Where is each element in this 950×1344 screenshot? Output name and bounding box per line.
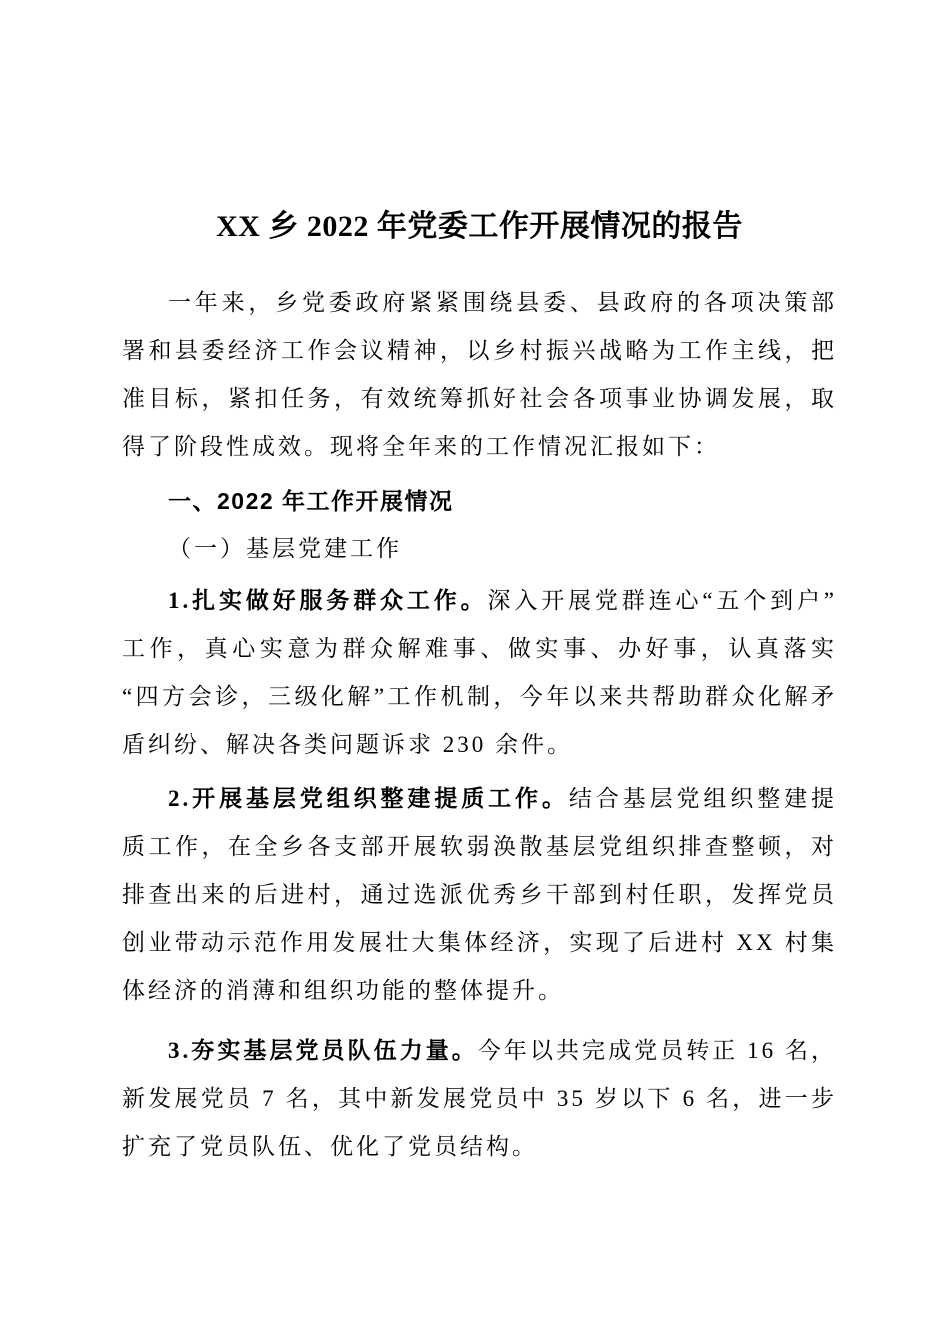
numbered-paragraph-2: 2.开展基层党组织整建提质工作。结合基层党组织整建提质工作，在全乡各支部开展软弱…	[122, 775, 837, 1015]
document-title: XX 乡 2022 年党委工作开展情况的报告	[122, 205, 837, 249]
intro-paragraph: 一年来，乡党委政府紧紧围绕县委、县政府的各项决策部署和县委经济工作会议精神，以乡…	[122, 279, 837, 471]
paragraph-1-lead: 1.扎实做好服务群众工作。	[168, 588, 488, 613]
subsection-heading-1: （一）基层党建工作	[122, 525, 837, 573]
section-heading-1: 一、2022 年工作开展情况	[122, 477, 837, 525]
paragraph-1-text: 深入开展党群连心“五个到户”工作，真心实意为群众解难事、做实事、办好事，认真落实…	[122, 588, 837, 757]
paragraph-3-lead: 3.夯实基层党员队伍力量。	[168, 1038, 478, 1063]
paragraph-2-text: 结合基层党组织整建提质工作，在全乡各支部开展软弱涣散基层党组织排查整顿，对排查出…	[122, 786, 837, 1003]
document-page: XX 乡 2022 年党委工作开展情况的报告 一年来，乡党委政府紧紧围绕县委、县…	[0, 0, 950, 1344]
numbered-paragraph-1: 1.扎实做好服务群众工作。深入开展党群连心“五个到户”工作，真心实意为群众解难事…	[122, 577, 837, 769]
paragraph-2-lead: 2.开展基层党组织整建提质工作。	[168, 786, 569, 811]
numbered-paragraph-3: 3.夯实基层党员队伍力量。今年以共完成党员转正 16 名，新发展党员 7 名，其…	[122, 1027, 837, 1171]
